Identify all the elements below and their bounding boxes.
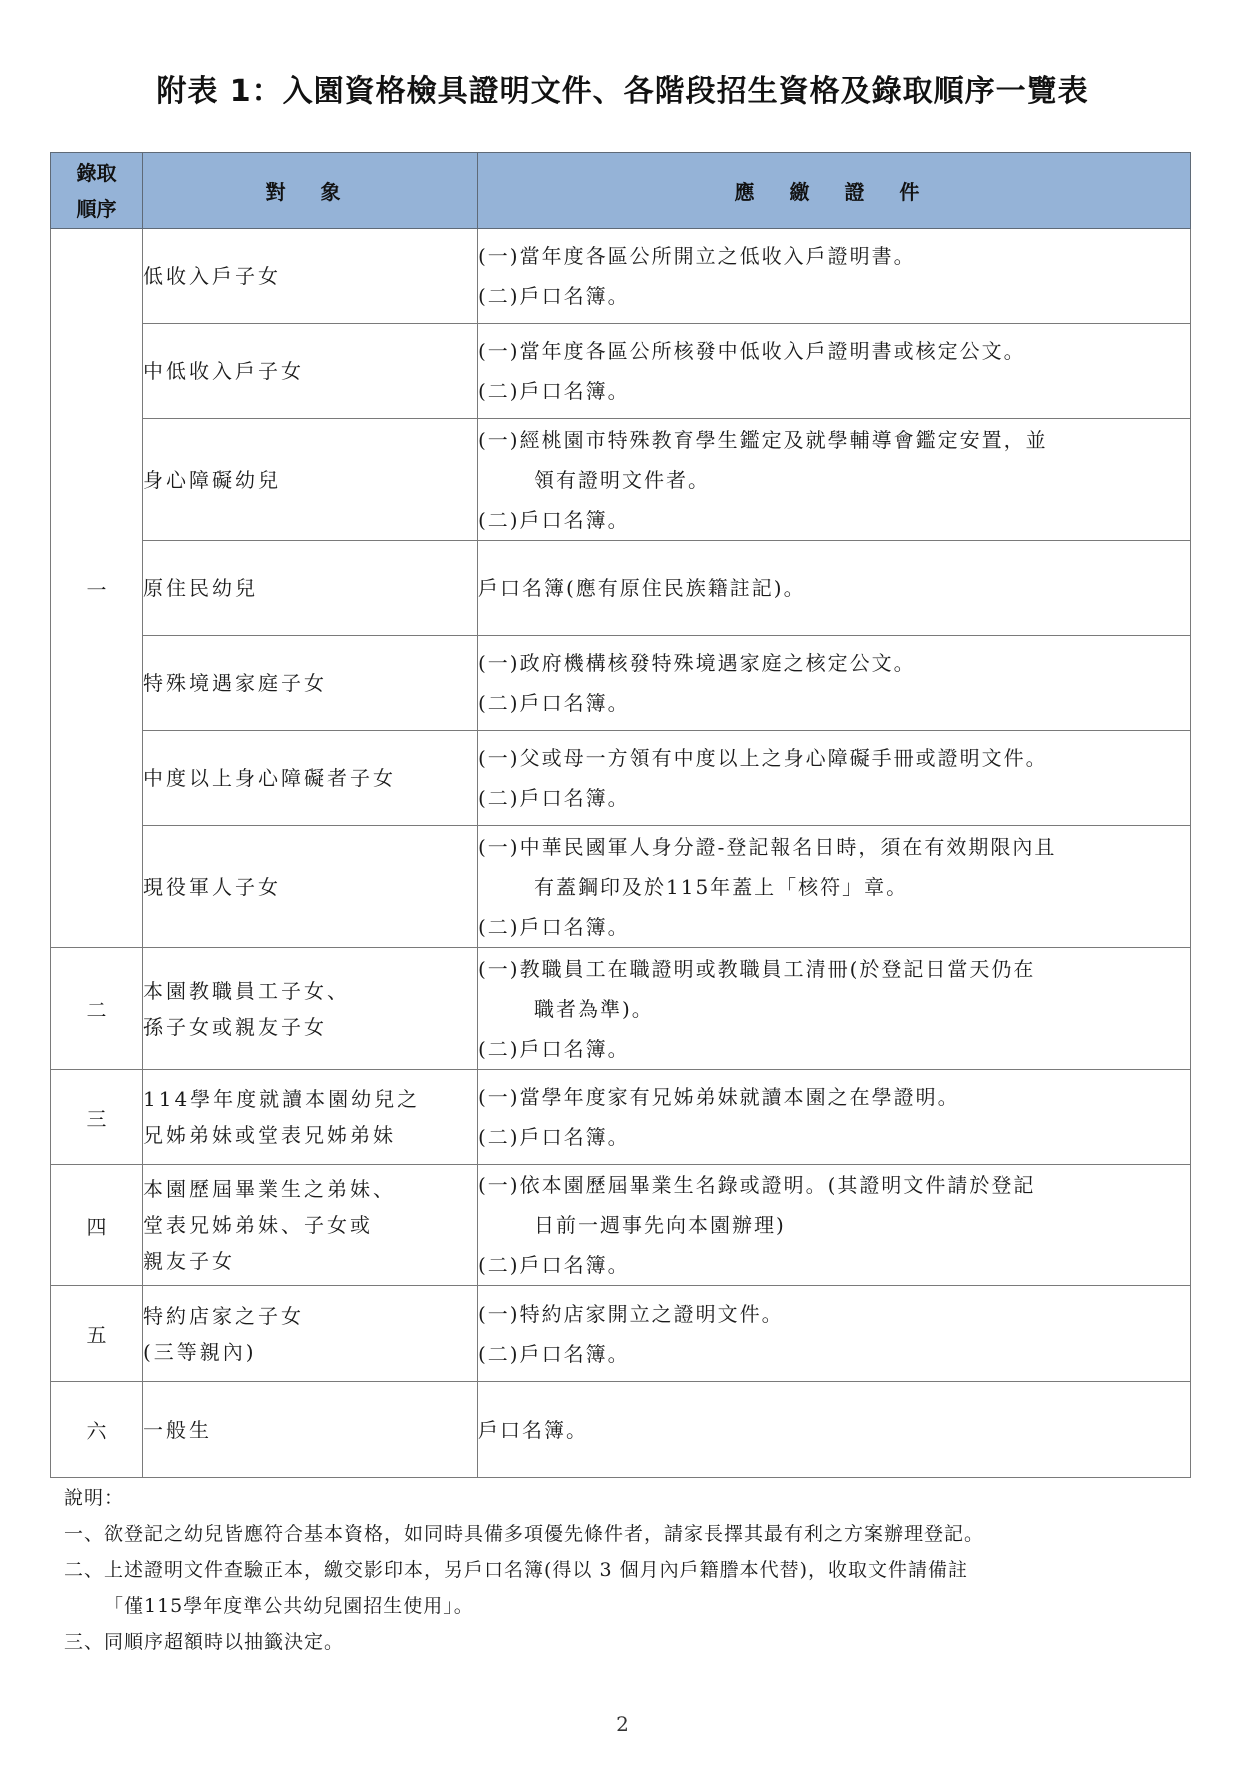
table-row: 三114學年度就讀本園幼兒之兄姊弟妹或堂表兄姊弟妹(一)當學年度家有兄姊弟妹就讀… xyxy=(51,1070,1191,1165)
target-line: 兄姊弟妹或堂表兄姊弟妹 xyxy=(143,1117,477,1153)
target-line: 孫子女或親友子女 xyxy=(143,1009,477,1045)
doc-requirement: (一)當學年度家有兄姊弟妹就讀本園之在學證明。 xyxy=(478,1077,1190,1117)
doc-requirement: (一)特約店家開立之證明文件。 xyxy=(478,1294,1190,1334)
target-line: 現役軍人子女 xyxy=(143,869,477,905)
target-cell: 中度以上身心障礙者子女 xyxy=(143,731,478,826)
docs-cell: 戶口名簿(應有原住民族籍註記)。 xyxy=(478,541,1191,636)
doc-requirement: 領有證明文件者。 xyxy=(478,460,1190,500)
order-cell: 六 xyxy=(51,1382,143,1478)
note-item: 「僅115學年度準公共幼兒園招生使用」。 xyxy=(64,1588,1204,1624)
target-line: 中低收入戶子女 xyxy=(143,353,477,389)
header-order-line1: 錄取 xyxy=(51,155,142,191)
table-row: 五特約店家之子女(三等親內)(一)特約店家開立之證明文件。(二)戶口名簿。 xyxy=(51,1286,1191,1382)
target-cell: 現役軍人子女 xyxy=(143,826,478,948)
table-row: 身心障礙幼兒(一)經桃園市特殊教育學生鑑定及就學輔導會鑑定安置，並領有證明文件者… xyxy=(51,419,1191,541)
doc-requirement: (一)當年度各區公所開立之低收入戶證明書。 xyxy=(478,236,1190,276)
order-cell: 二 xyxy=(51,948,143,1070)
target-cell: 本園歷屆畢業生之弟妹、堂表兄姊弟妹、子女或親友子女 xyxy=(143,1165,478,1286)
header-target: 對 象 xyxy=(143,153,478,229)
table-row: 一低收入戶子女(一)當年度各區公所開立之低收入戶證明書。(二)戶口名簿。 xyxy=(51,229,1191,324)
note-item: 三、同順序超額時以抽籤決定。 xyxy=(64,1624,1204,1660)
doc-requirement: (二)戶口名簿。 xyxy=(478,907,1190,947)
target-cell: 114學年度就讀本園幼兒之兄姊弟妹或堂表兄姊弟妹 xyxy=(143,1070,478,1165)
docs-cell: (一)依本園歷屆畢業生名錄或證明。(其證明文件請於登記日前一週事先向本園辦理)(… xyxy=(478,1165,1191,1286)
docs-cell: (一)中華民國軍人身分證-登記報名日時，須在有效期限內且有蓋鋼印及於115年蓋上… xyxy=(478,826,1191,948)
target-line: 身心障礙幼兒 xyxy=(143,462,477,498)
notes-section: 說明： 一、欲登記之幼兒皆應符合基本資格，如同時具備多項優先條件者，請家長擇其最… xyxy=(64,1480,1204,1660)
target-line: 本園教職員工子女、 xyxy=(143,973,477,1009)
page-number: 2 xyxy=(0,1712,1245,1736)
notes-heading: 說明： xyxy=(64,1480,1204,1516)
admission-order-table: 錄取 順序 對 象 應 繳 證 件 一低收入戶子女(一)當年度各區公所開立之低收… xyxy=(50,152,1191,1478)
docs-cell: (一)教職員工在職證明或教職員工清冊(於登記日當天仍在職者為準)。(二)戶口名簿… xyxy=(478,948,1191,1070)
target-line: 中度以上身心障礙者子女 xyxy=(143,760,477,796)
target-line: (三等親內) xyxy=(143,1334,477,1370)
order-cell: 四 xyxy=(51,1165,143,1286)
note-item: 二、上述證明文件查驗正本，繳交影印本，另戶口名簿(得以 3 個月內戶籍謄本代替)… xyxy=(64,1552,1204,1588)
target-line: 一般生 xyxy=(143,1412,477,1448)
header-docs: 應 繳 證 件 xyxy=(478,153,1191,229)
table-row: 特殊境遇家庭子女(一)政府機構核發特殊境遇家庭之核定公文。(二)戶口名簿。 xyxy=(51,636,1191,731)
target-cell: 一般生 xyxy=(143,1382,478,1478)
doc-requirement: (二)戶口名簿。 xyxy=(478,500,1190,540)
target-line: 低收入戶子女 xyxy=(143,258,477,294)
table-row: 六一般生戶口名簿。 xyxy=(51,1382,1191,1478)
doc-requirement: (二)戶口名簿。 xyxy=(478,371,1190,411)
doc-requirement: 職者為準)。 xyxy=(478,989,1190,1029)
doc-requirement: 戶口名簿(應有原住民族籍註記)。 xyxy=(478,568,1190,608)
table-row: 中低收入戶子女(一)當年度各區公所核發中低收入戶證明書或核定公文。(二)戶口名簿… xyxy=(51,324,1191,419)
docs-cell: (一)當學年度家有兄姊弟妹就讀本園之在學證明。(二)戶口名簿。 xyxy=(478,1070,1191,1165)
header-order: 錄取 順序 xyxy=(51,153,143,229)
target-line: 114學年度就讀本園幼兒之 xyxy=(143,1081,477,1117)
docs-cell: (一)當年度各區公所核發中低收入戶證明書或核定公文。(二)戶口名簿。 xyxy=(478,324,1191,419)
doc-requirement: (一)中華民國軍人身分證-登記報名日時，須在有效期限內且 xyxy=(478,827,1190,867)
doc-requirement: (二)戶口名簿。 xyxy=(478,1117,1190,1157)
target-cell: 特殊境遇家庭子女 xyxy=(143,636,478,731)
document-title: 附表 1：入園資格檢具證明文件、各階段招生資格及錄取順序一覽表 xyxy=(0,66,1245,110)
docs-cell: (一)政府機構核發特殊境遇家庭之核定公文。(二)戶口名簿。 xyxy=(478,636,1191,731)
table-body: 一低收入戶子女(一)當年度各區公所開立之低收入戶證明書。(二)戶口名簿。中低收入… xyxy=(51,229,1191,1478)
target-cell: 低收入戶子女 xyxy=(143,229,478,324)
table-row: 現役軍人子女(一)中華民國軍人身分證-登記報名日時，須在有效期限內且有蓋鋼印及於… xyxy=(51,826,1191,948)
table-row: 原住民幼兒戶口名簿(應有原住民族籍註記)。 xyxy=(51,541,1191,636)
doc-requirement: (二)戶口名簿。 xyxy=(478,1029,1190,1069)
target-cell: 本園教職員工子女、孫子女或親友子女 xyxy=(143,948,478,1070)
doc-requirement: (一)當年度各區公所核發中低收入戶證明書或核定公文。 xyxy=(478,331,1190,371)
doc-requirement: (一)教職員工在職證明或教職員工清冊(於登記日當天仍在 xyxy=(478,949,1190,989)
table-header-row: 錄取 順序 對 象 應 繳 證 件 xyxy=(51,153,1191,229)
doc-requirement: (二)戶口名簿。 xyxy=(478,276,1190,316)
doc-requirement: (一)經桃園市特殊教育學生鑑定及就學輔導會鑑定安置，並 xyxy=(478,420,1190,460)
target-cell: 原住民幼兒 xyxy=(143,541,478,636)
table-row: 四本園歷屆畢業生之弟妹、堂表兄姊弟妹、子女或親友子女(一)依本園歷屆畢業生名錄或… xyxy=(51,1165,1191,1286)
table-row: 二本園教職員工子女、孫子女或親友子女(一)教職員工在職證明或教職員工清冊(於登記… xyxy=(51,948,1191,1070)
doc-requirement: 有蓋鋼印及於115年蓋上「核符」章。 xyxy=(478,867,1190,907)
target-cell: 中低收入戶子女 xyxy=(143,324,478,419)
table-row: 中度以上身心障礙者子女(一)父或母一方領有中度以上之身心障礙手冊或證明文件。(二… xyxy=(51,731,1191,826)
doc-requirement: 日前一週事先向本園辦理) xyxy=(478,1205,1190,1245)
docs-cell: (一)父或母一方領有中度以上之身心障礙手冊或證明文件。(二)戶口名簿。 xyxy=(478,731,1191,826)
note-item: 一、欲登記之幼兒皆應符合基本資格，如同時具備多項優先條件者，請家長擇其最有利之方… xyxy=(64,1516,1204,1552)
notes-list: 一、欲登記之幼兒皆應符合基本資格，如同時具備多項優先條件者，請家長擇其最有利之方… xyxy=(64,1516,1204,1660)
doc-requirement: (一)父或母一方領有中度以上之身心障礙手冊或證明文件。 xyxy=(478,738,1190,778)
target-line: 本園歷屆畢業生之弟妹、 xyxy=(143,1171,477,1207)
docs-cell: (一)特約店家開立之證明文件。(二)戶口名簿。 xyxy=(478,1286,1191,1382)
order-cell: 五 xyxy=(51,1286,143,1382)
order-cell: 三 xyxy=(51,1070,143,1165)
target-line: 堂表兄姊弟妹、子女或 xyxy=(143,1207,477,1243)
target-line: 特殊境遇家庭子女 xyxy=(143,665,477,701)
doc-requirement: (二)戶口名簿。 xyxy=(478,1245,1190,1285)
target-cell: 特約店家之子女(三等親內) xyxy=(143,1286,478,1382)
docs-cell: (一)經桃園市特殊教育學生鑑定及就學輔導會鑑定安置，並領有證明文件者。(二)戶口… xyxy=(478,419,1191,541)
docs-cell: 戶口名簿。 xyxy=(478,1382,1191,1478)
order-cell: 一 xyxy=(51,229,143,948)
doc-requirement: 戶口名簿。 xyxy=(478,1410,1190,1450)
target-line: 原住民幼兒 xyxy=(143,570,477,606)
doc-requirement: (二)戶口名簿。 xyxy=(478,778,1190,818)
target-line: 親友子女 xyxy=(143,1243,477,1279)
docs-cell: (一)當年度各區公所開立之低收入戶證明書。(二)戶口名簿。 xyxy=(478,229,1191,324)
doc-requirement: (二)戶口名簿。 xyxy=(478,683,1190,723)
doc-requirement: (一)政府機構核發特殊境遇家庭之核定公文。 xyxy=(478,643,1190,683)
doc-requirement: (二)戶口名簿。 xyxy=(478,1334,1190,1374)
doc-requirement: (一)依本園歷屆畢業生名錄或證明。(其證明文件請於登記 xyxy=(478,1165,1190,1205)
target-cell: 身心障礙幼兒 xyxy=(143,419,478,541)
target-line: 特約店家之子女 xyxy=(143,1298,477,1334)
header-order-line2: 順序 xyxy=(51,191,142,227)
